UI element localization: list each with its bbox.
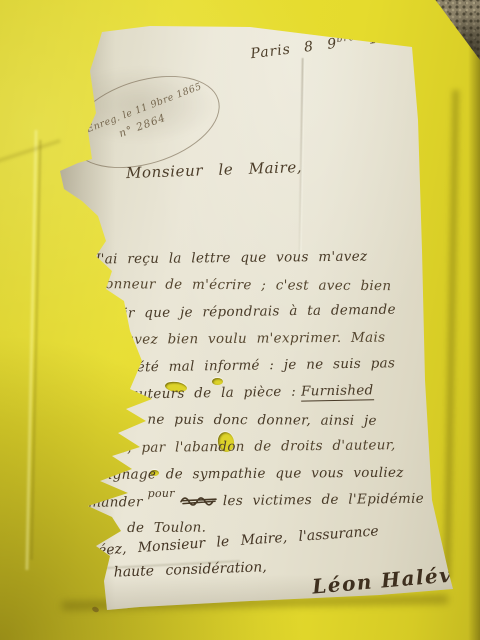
body-line-1: J'ai reçu la lettre que vous m'avez [95,249,368,268]
body-line-10-text: les victimes de l'Epidémie [223,491,424,509]
folder-edge-shadow [468,0,480,640]
photo-of-letter-on-yellow-folder: Paris 8 9bre 1865 Enreg. le 11 9bre 1865… [0,0,480,640]
underlined-title-word: Furnished [301,382,374,401]
body-line-8: le regrette, par l'abandon de droits d'a… [46,437,396,457]
handwritten-letter-sheet: Paris 8 9bre 1865 Enreg. le 11 9bre 1865… [50,20,460,616]
body-line-5: vous avez été mal informé : je ne suis p… [53,355,395,376]
body-line-9: le témoignage de sympathie que vous voul… [50,465,404,483]
body-line-4: que vous avez bien voulu m'exprimer. Mai… [48,330,385,349]
closing-line-1: Agréez, Monsieur le Maire, l'assurance [72,523,379,560]
paper-hole [212,378,223,385]
paper-right-shadow [444,90,460,580]
closing-line-2: de ma haute considération, [52,559,267,582]
crossed-out-word [180,494,218,510]
body-line-7: apartment.Je ne puis donc donner, ainsi … [40,411,382,429]
date-line: Paris 8 9bre 1865 [250,26,410,62]
body-line-6: l'un des auteurs de la pièce :Furnished [60,382,379,404]
date-place-day: Paris 8 9 [250,36,339,63]
body-line-3: du plaisir que je répondrais à ta demand… [62,302,396,323]
signature: Léon Halévy [311,561,466,598]
date-year: 1865 [368,27,409,48]
body-line-11: qui régna de Toulon. [44,520,206,537]
body-line-10-text: me demander [40,494,143,511]
body-line-2: fait l'honneur de m'écrire ; c'est avec … [54,276,391,294]
date-month-suffix: bre [336,33,355,45]
folder-corner-crease [0,139,61,163]
body-line-7-text: Je ne puis donc donner, ainsi je [124,412,377,429]
underlined-title-word: apartment. [40,411,119,429]
inserted-word: pour [147,487,174,500]
body-line-6-text: l'un des auteurs de la pièce : [60,384,296,404]
body-line-10: me demanderpourles victimes de l'Epidémi… [40,491,429,512]
